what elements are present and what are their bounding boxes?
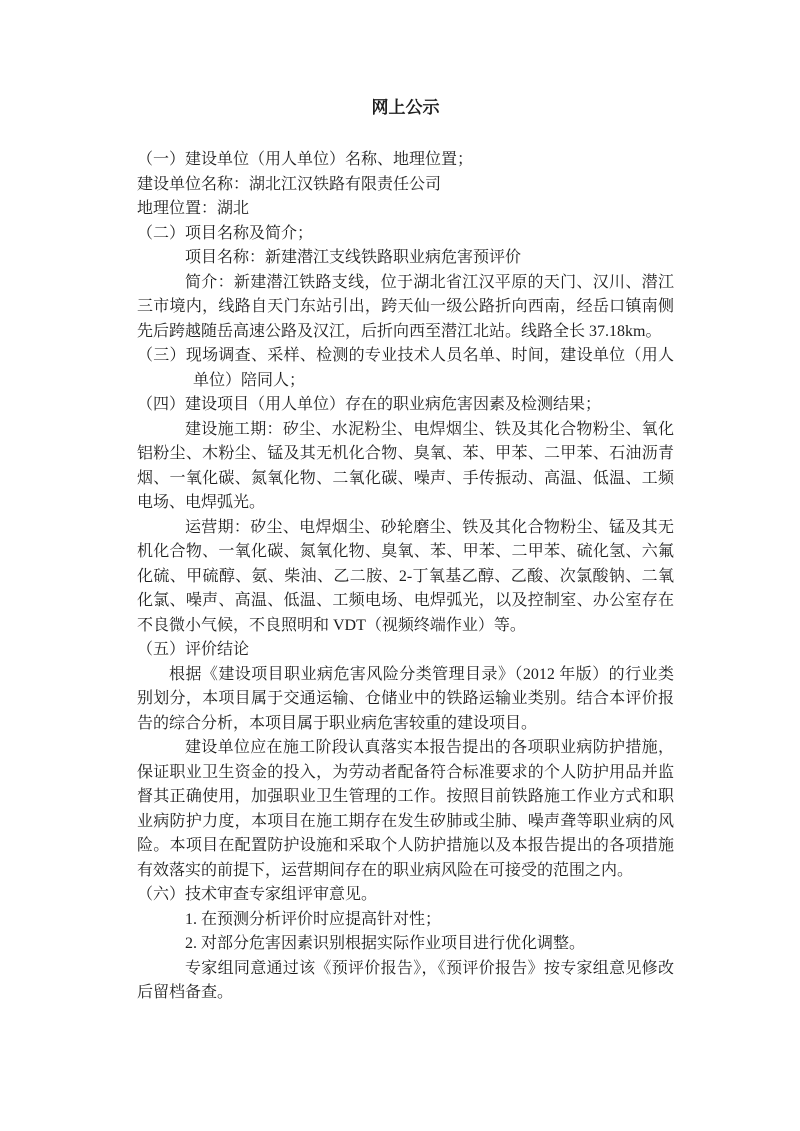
document-paragraph: 2. 对部分危害因素识别根据实际作业项目进行优化调整。 [137, 932, 674, 957]
document-paragraph: 项目名称：新建潜江支线铁路职业病危害预评价 [137, 246, 674, 271]
document-paragraph: 地理位置：湖北 [137, 197, 674, 222]
document-paragraph: 专家组同意通过该《预评价报告》，《预评价报告》按专家组意见修改后留档备查。 [137, 957, 674, 1006]
document-paragraph: （三）现场调查、采样、检测的专业技术人员名单、时间，建设单位（用人单位）陪同人； [137, 344, 674, 393]
document-paragraph: 建设施工期：矽尘、水泥粉尘、电焊烟尘、铁及其化合物粉尘、氧化铝粉尘、木粉尘、锰及… [137, 418, 674, 516]
document-paragraph: 建设单位应在施工阶段认真落实本报告提出的各项职业病防护措施，保证职业卫生资金的投… [137, 736, 674, 883]
document-body: （一）建设单位（用人单位）名称、地理位置；建设单位名称：湖北江汉铁路有限责任公司… [137, 148, 674, 1006]
document-paragraph: 根据《建设项目职业病危害风险分类管理目录》（2012 年版）的行业类别划分，本项… [137, 663, 674, 737]
document-paragraph: 建设单位名称：湖北江汉铁路有限责任公司 [137, 173, 674, 198]
document-paragraph: 简介：新建潜江铁路支线，位于湖北省江汉平原的天门、汉川、潜江三市境内，线路自天门… [137, 271, 674, 345]
document-paragraph: （五）评价结论 [137, 638, 674, 663]
document-paragraph: （四）建设项目（用人单位）存在的职业病危害因素及检测结果； [137, 393, 674, 418]
document-paragraph: （六）技术审查专家组评审意见。 [137, 883, 674, 908]
document-paragraph: （一）建设单位（用人单位）名称、地理位置； [137, 148, 674, 173]
document-paragraph: 1. 在预测分析评价时应提高针对性； [137, 908, 674, 933]
document-paragraph: （二）项目名称及简介； [137, 222, 674, 247]
document-paragraph: 运营期：矽尘、电焊烟尘、砂轮磨尘、铁及其化合物粉尘、锰及其无机化合物、一氧化碳、… [137, 516, 674, 639]
document-page: 网上公示 （一）建设单位（用人单位）名称、地理位置；建设单位名称：湖北江汉铁路有… [0, 0, 800, 1131]
document-title: 网上公示 [137, 96, 674, 120]
